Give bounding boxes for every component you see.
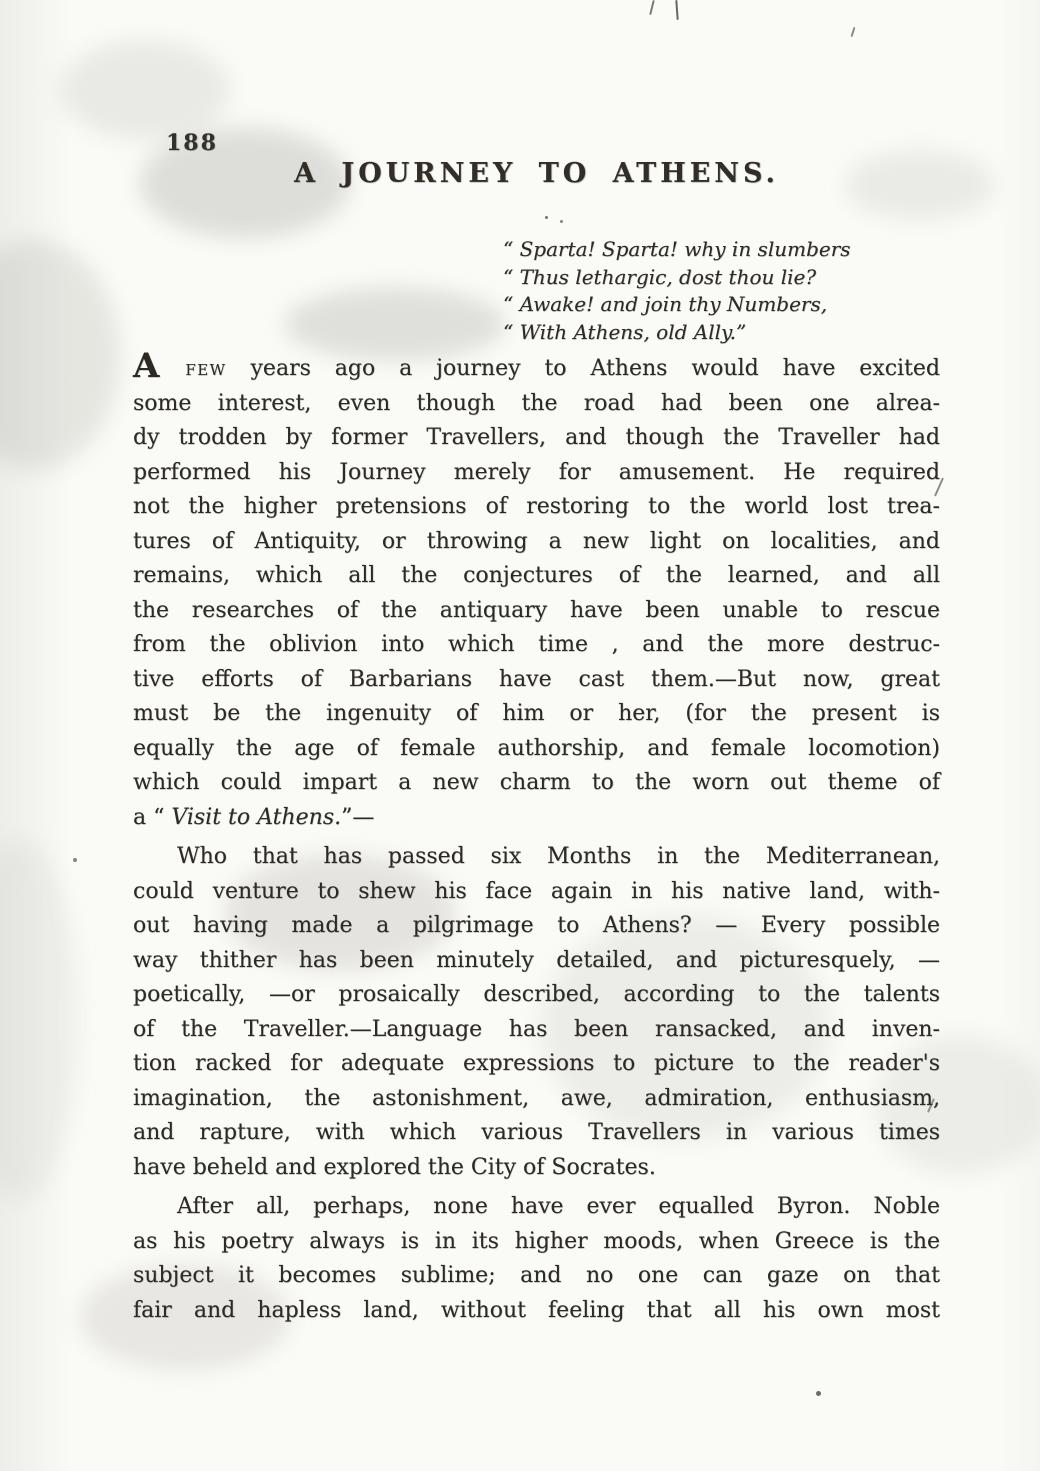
text-line: and rapture, with which various Travelle…	[133, 1116, 940, 1151]
page-title: A JOURNEY TO ATHENS.	[133, 158, 940, 189]
text-line: of the Traveller.—Language has been rans…	[133, 1013, 940, 1048]
text-line: could venture to shew his face again in …	[133, 875, 940, 910]
text-line: which could impart a new charm to the wo…	[133, 766, 940, 801]
epigraph-line: “ Awake! and join thy Numbers,	[503, 291, 851, 319]
text-line: poetically, —or prosaically described, a…	[133, 978, 940, 1013]
text-line: tures of Antiquity, or throwing a new li…	[133, 525, 940, 560]
pen-mark	[851, 27, 856, 37]
ink-speck	[73, 858, 77, 862]
epigraph-line: “ Sparta! Sparta! why in slumbers	[503, 236, 851, 264]
text-line: as his poetry always is in its higher mo…	[133, 1225, 940, 1260]
scan-stain	[0, 840, 80, 1200]
text-line: subject it becomes sublime; and no one c…	[133, 1259, 940, 1294]
text-line: out having made a pilgrimage to Athens? …	[133, 909, 940, 944]
text-line: Who that has passed six Months in the Me…	[133, 840, 940, 875]
text-line: a “ Visit to Athens.”—	[133, 801, 940, 836]
text-line: tive efforts of Barbarians have cast the…	[133, 663, 940, 698]
text-line: equally the age of female authorship, an…	[133, 732, 940, 767]
page-number: 188	[166, 130, 218, 156]
text-line: have beheld and explored the City of Soc…	[133, 1151, 940, 1186]
text-line: fair and hapless land, without feeling t…	[133, 1294, 940, 1329]
text-line: must be the ingenuity of him or her, (fo…	[133, 697, 940, 732]
text-line: remains, which all the conjectures of th…	[133, 559, 940, 594]
text-line: imagination, the astonishment, awe, admi…	[133, 1082, 940, 1117]
scan-stain	[60, 40, 230, 140]
ink-speck	[560, 220, 563, 223]
text-line: not the higher pretensions of restoring …	[133, 490, 940, 525]
epigraph: “ Sparta! Sparta! why in slumbers “ Thus…	[503, 236, 851, 346]
text-line: some interest, even though the road had …	[133, 387, 940, 422]
epigraph-line: “ Thus lethargic, dost thou lie?	[503, 264, 851, 292]
body-text: A few years ago a journey to Athens woul…	[133, 352, 940, 1328]
scan-stain	[0, 240, 120, 470]
text-line: After all, perhaps, none have ever equal…	[133, 1190, 940, 1225]
drop-cap: A	[133, 346, 161, 386]
text-line: dy trodden by former Travellers, and tho…	[133, 421, 940, 456]
pen-mark	[675, 0, 678, 20]
text-line: A few years ago a journey to Athens woul…	[133, 352, 940, 387]
text-line: from the oblivion into which time , and …	[133, 628, 940, 663]
text-line: the researches of the antiquary have bee…	[133, 594, 940, 629]
small-caps-word: few	[185, 356, 226, 381]
text-line: performed his Journey merely for amuseme…	[133, 456, 940, 491]
text-line: way thither has been minutely detailed, …	[133, 944, 940, 979]
ink-speck	[816, 1391, 821, 1396]
paragraph: After all, perhaps, none have ever equal…	[133, 1190, 940, 1328]
paragraph: A few years ago a journey to Athens woul…	[133, 352, 940, 835]
text-line: tion racked for adequate expressions to …	[133, 1047, 940, 1082]
pen-mark	[649, 0, 655, 15]
epigraph-line: “ With Athens, old Ally.”	[503, 319, 851, 347]
scanned-page: 188 A JOURNEY TO ATHENS. “ Sparta! Spart…	[0, 0, 1040, 1471]
ink-speck	[545, 216, 548, 219]
scan-stain	[285, 288, 505, 360]
paragraph: Who that has passed six Months in the Me…	[133, 840, 940, 1185]
